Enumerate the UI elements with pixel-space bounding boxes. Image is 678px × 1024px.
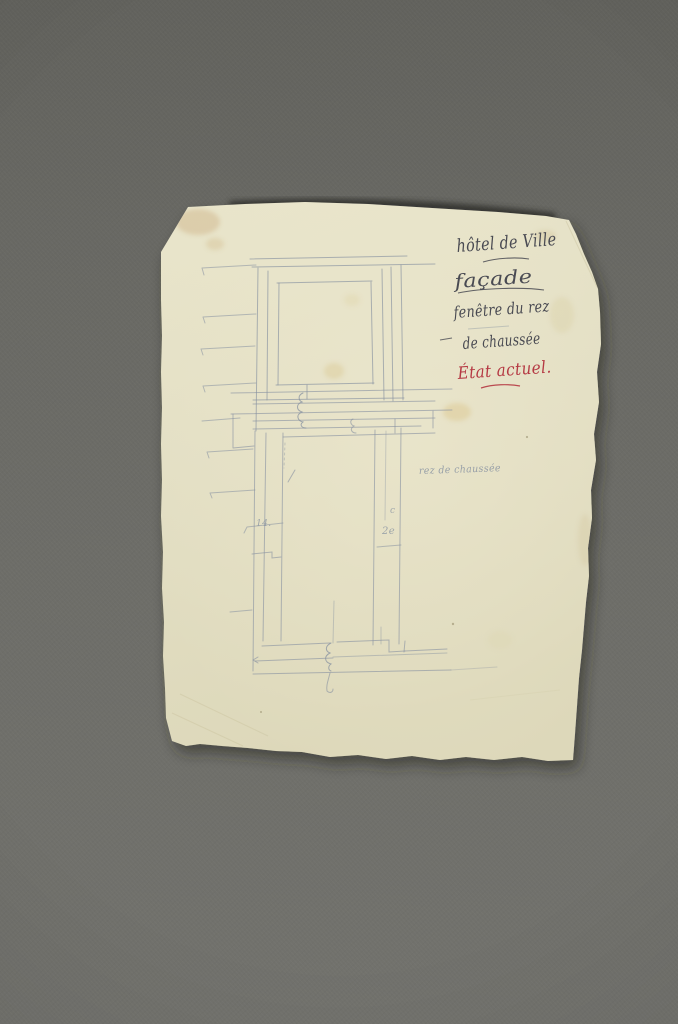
photo-backdrop: 14. c 2e hôtel de Ville façade fenêtre d… (0, 0, 678, 1024)
background-vignette (0, 0, 678, 1024)
